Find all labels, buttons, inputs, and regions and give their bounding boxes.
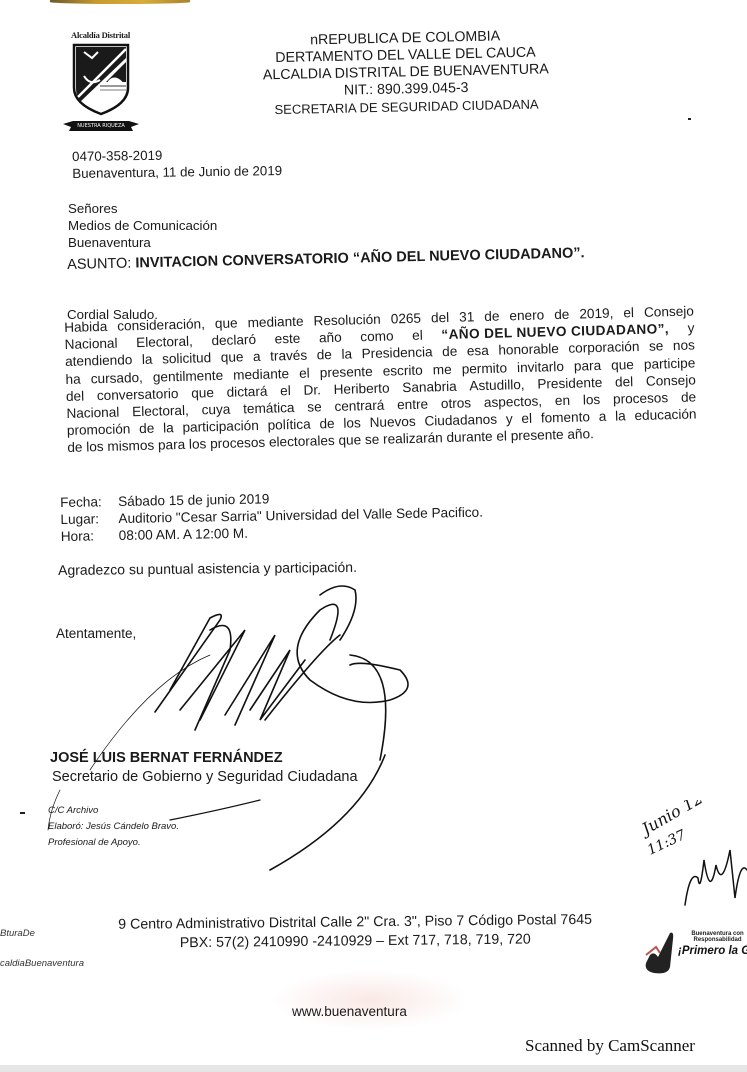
recipient-line-2: Medios de Comunicación — [68, 217, 217, 234]
slogan-logo: Buenaventura con Responsabilidad ¡Primer… — [640, 925, 747, 980]
crest-title: Alcaldía Distrital — [58, 30, 143, 40]
subject-label: ASUNTO: — [67, 256, 132, 273]
motto-ribbon-icon: NUESTRA RIQUEZA — [61, 118, 141, 134]
recipient-line-1: Señores — [68, 200, 217, 217]
footer-address: 9 Centro Administrativo Distrital Calle … — [100, 911, 610, 954]
recipient-block: Señores Medios de Comunicación Buenavent… — [68, 200, 217, 251]
cc-line-3: Profesional de Apoyo. — [48, 835, 179, 851]
event-date-label: Fecha: — [60, 493, 118, 511]
place-date: Buenaventura, 11 de Junio de 2019 — [72, 162, 282, 182]
camscanner-watermark: Scanned by CamScanner — [525, 1036, 695, 1056]
speck — [688, 118, 691, 120]
speck — [20, 812, 25, 814]
social-twitter: BturaDe — [0, 928, 35, 939]
event-details: Fecha: Sábado 15 de junio 2019 Lugar: Au… — [60, 487, 483, 545]
cc-block: C/C Archivo Elaboró: Jesús Cándelo Bravo… — [48, 803, 179, 851]
crest: Alcaldía Distrital NUESTRA RIQUEZA — [58, 30, 143, 139]
crest-motto: NUESTRA RIQUEZA — [77, 123, 125, 129]
slogan-small: Buenaventura con Responsabilidad — [688, 931, 747, 943]
recipient-line-3: Buenaventura — [68, 234, 217, 251]
signer-title: Secretario de Gobierno y Seguridad Ciuda… — [52, 769, 358, 785]
cc-line-2: Elaboró: Jesús Cándelo Bravo. — [48, 819, 179, 835]
cc-line-1: C/C Archivo — [48, 803, 179, 819]
footer-website: www.buenaventura — [292, 1004, 407, 1019]
letterhead-header: nREPUBLICA DE COLOMBIA DERTAMENTO DEL VA… — [230, 27, 582, 119]
handwritten-note-icon: Junio 12 11:37 — [640, 800, 747, 910]
event-place-label: Lugar: — [60, 510, 118, 528]
signer-name: JOSÉ LUIS BERNAT FERNÁNDEZ — [50, 750, 283, 766]
social-facebook: caldiaBuenaventura — [0, 958, 84, 969]
reference-block: 0470-358-2019 Buenaventura, 11 de Junio … — [72, 145, 282, 182]
body-paragraph: Habidaconsideración,quemedianteResolució… — [64, 304, 697, 458]
hand-logo-icon — [640, 927, 680, 977]
bottom-strip — [0, 1065, 747, 1072]
letterhead-top-bar — [50, 0, 190, 4]
shield-emblem-icon — [70, 42, 132, 118]
event-time-label: Hora: — [61, 527, 119, 545]
slogan-big: ¡Primero la Gent — [678, 945, 747, 957]
watermark-smudge — [270, 970, 470, 1030]
event-time-value: 08:00 AM. A 12:00 M. — [119, 525, 249, 544]
